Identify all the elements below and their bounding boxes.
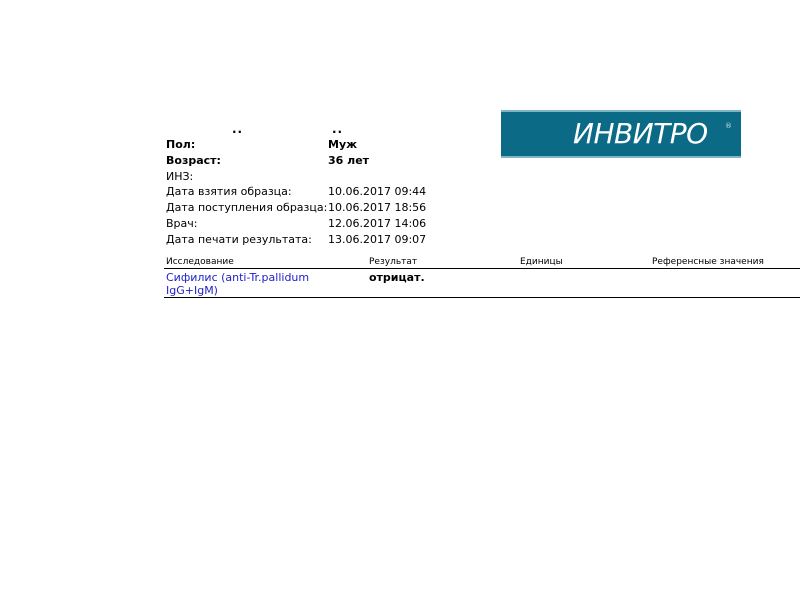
registered-mark-icon: ® xyxy=(725,122,732,130)
header-reference: Референсные значения xyxy=(652,257,764,267)
row-divider xyxy=(164,297,800,298)
header-units: Единицы xyxy=(520,257,563,267)
patient-name-left: .. xyxy=(232,122,243,136)
doctor-value: 12.06.2017 14:06 xyxy=(328,216,426,232)
sex-value: Муж xyxy=(328,137,357,153)
patient-name-right: .. xyxy=(332,122,343,136)
invitro-logo: ИНВИТРО ® xyxy=(501,110,741,158)
info-row-print-date: Дата печати результата: 13.06.2017 09:07 xyxy=(166,232,496,248)
doctor-label: Врач: xyxy=(166,216,197,232)
info-row-inz: ИНЗ: xyxy=(166,169,496,185)
age-label: Возраст: xyxy=(166,153,221,169)
info-row-sex: Пол: Муж xyxy=(166,137,496,153)
info-row-sample-received: Дата поступления образца: 10.06.2017 18:… xyxy=(166,200,496,216)
info-row-doctor: Врач: 12.06.2017 14:06 xyxy=(166,216,496,232)
sample-taken-value: 10.06.2017 09:44 xyxy=(328,184,426,200)
logo-text: ИНВИТРО xyxy=(573,117,708,150)
inz-label: ИНЗ: xyxy=(166,169,193,185)
print-date-label: Дата печати результата: xyxy=(166,232,312,248)
test-name-line1: Сифилис (anti-Tr.pallidum xyxy=(166,271,366,284)
test-result: отрицат. xyxy=(369,271,425,284)
info-row-sample-taken: Дата взятия образца: 10.06.2017 09:44 xyxy=(166,184,496,200)
age-value: 36 лет xyxy=(328,153,369,169)
header-result: Результат xyxy=(369,257,417,267)
sample-received-label: Дата поступления образца: xyxy=(166,200,327,216)
info-row-age: Возраст: 36 лет xyxy=(166,153,496,169)
print-date-value: 13.06.2017 09:07 xyxy=(328,232,426,248)
test-name[interactable]: Сифилис (anti-Tr.pallidum IgG+IgM) xyxy=(166,271,366,297)
header-divider xyxy=(164,268,800,269)
header-test: Исследование xyxy=(166,257,234,267)
test-name-line2: IgG+IgM) xyxy=(166,284,366,297)
sex-label: Пол: xyxy=(166,137,195,153)
sample-received-value: 10.06.2017 18:56 xyxy=(328,200,426,216)
sample-taken-label: Дата взятия образца: xyxy=(166,184,292,200)
